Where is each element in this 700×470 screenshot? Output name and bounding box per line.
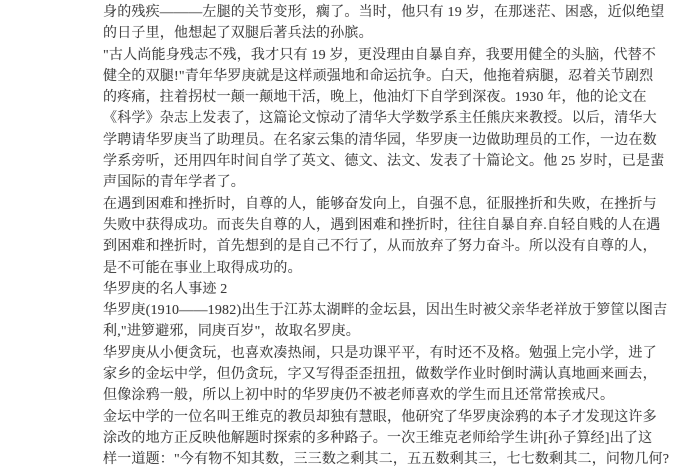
- text-line: 的日子里，他想起了双腿后著兵法的孙膑。: [103, 23, 618, 44]
- text-line: 在遇到困难和挫折时，自尊的人，能够奋发向上，自强不息，征服挫折和失败，在挫折与: [103, 194, 618, 215]
- text-line: 家乡的金坛中学，但仍贪玩，字又写得歪歪扭扭，做数学作业时倒时满认真地画来画去，: [103, 364, 618, 385]
- text-line: 学系旁听，还用四年时间自学了英文、德文、法文、发表了十篇论文。他 25 岁时，已…: [103, 151, 618, 172]
- section-heading-line: 华罗庚的名人事迹 2: [103, 279, 618, 300]
- text-line: 涂改的地方正反映他解题时探索的多种路子。一次王维克老师给学生讲[孙子算经]出了这: [103, 428, 618, 449]
- text-line: 华罗庚(1910——1982)出生于江苏太湖畔的金坛县，因出生时被父亲华老祥放于…: [103, 300, 618, 321]
- text-line: 华罗庚从小便贪玩，也喜欢凑热闹，只是功课平平，有时还不及格。勉强上完小学，进了: [103, 343, 618, 364]
- document-body: 身的残疾———左腿的关节变形，瘸了。当时，他只有 19 岁，在那迷茫、困惑，近似…: [103, 2, 618, 470]
- text-line: 的疼痛，拄着拐杖一颠一颠地干活，晚上，他油灯下自学到深夜。1930 年，他的论文…: [103, 87, 618, 108]
- document-page: 身的残疾———左腿的关节变形，瘸了。当时，他只有 19 岁，在那迷茫、困惑，近似…: [0, 0, 700, 470]
- text-line: 利,"进箩避邪，同庚百岁"，故取名罗庚。: [103, 321, 618, 342]
- text-line: 金坛中学的一位名叫王维克的教员却独有慧眼，他研究了华罗庚涂鸦的本子才发现这许多: [103, 407, 618, 428]
- text-line: 声国际的青年学者了。: [103, 172, 618, 193]
- text-line: 是不可能在事业上取得成功的。: [103, 258, 618, 279]
- text-line: 到困难和挫折时，首先想到的是自己不行了，从而放弃了努力奋斗。所以没有自尊的人，: [103, 236, 618, 257]
- text-line: "古人尚能身残志不残，我才只有 19 岁，更没理由自暴自弃，我要用健全的头脑，代…: [103, 45, 618, 66]
- text-line: 失败中获得成功。而丧失自尊的人，遇到困难和挫折时，往往自暴自弃.自轻自贱的人在遇: [103, 215, 618, 236]
- text-line: 身的残疾———左腿的关节变形，瘸了。当时，他只有 19 岁，在那迷茫、困惑，近似…: [103, 2, 618, 23]
- text-line: 但像涂鸦一般，所以上初中时的华罗庚仍不被老师喜欢的学生而且还常常挨戒尺。: [103, 385, 618, 406]
- text-line: 《科学》杂志上发表了，这篇论文惊动了清华大学数学系主任熊庆来教授。以后，清华大: [103, 108, 618, 129]
- text-line: 样一道题："今有物不知其数，三三数之剩其二，五五数剩其三，七七数剩其二，问物几何…: [103, 449, 618, 470]
- text-line: 健全的双腿!"青年华罗庚就是这样顽强地和命运抗争。白天，他拖着病腿，忍着关节剧烈: [103, 66, 618, 87]
- text-line: 学聘请华罗庚当了助理员。在名家云集的清华园，华罗庚一边做助理员的工作，一边在数: [103, 130, 618, 151]
